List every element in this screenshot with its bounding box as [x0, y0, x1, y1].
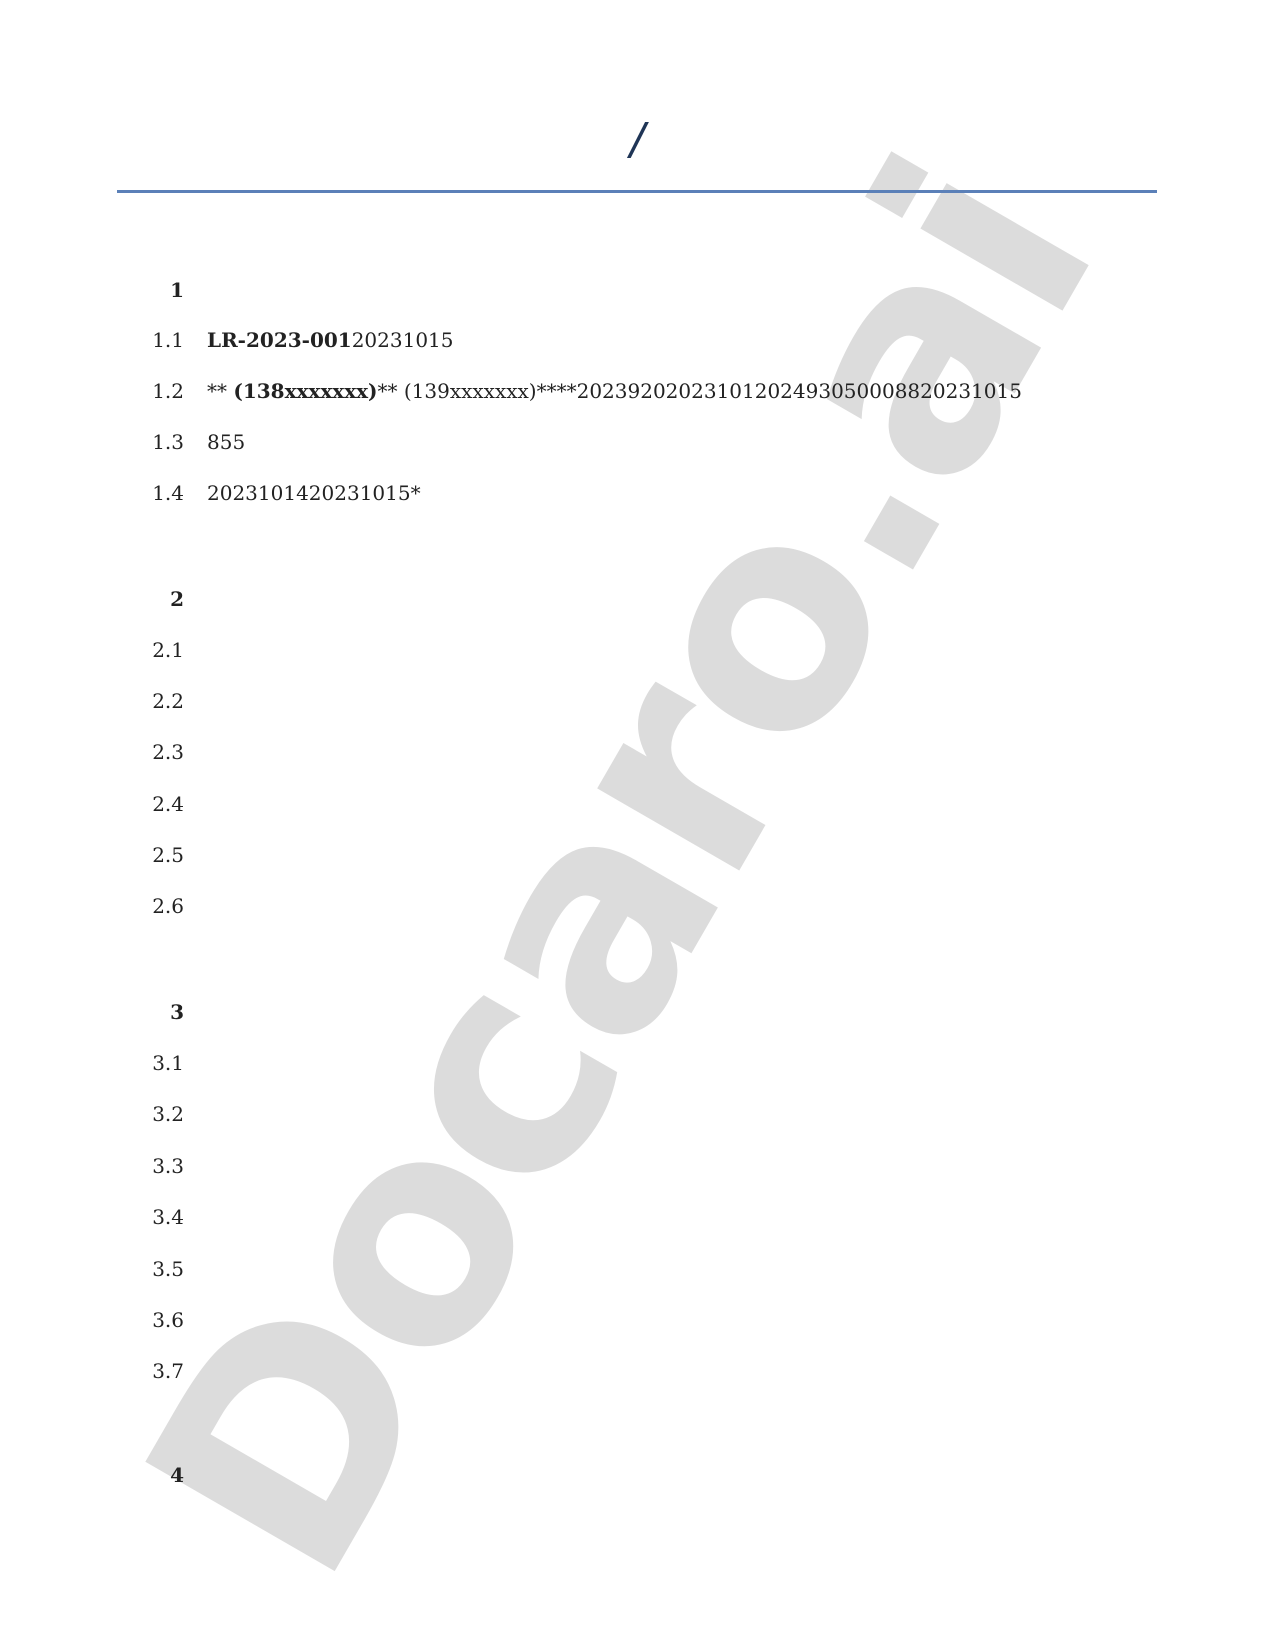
clause-number: 2.3	[130, 737, 184, 767]
clause-number: 3.5	[130, 1254, 184, 1284]
clause-number: 2.5	[130, 840, 184, 870]
party-phone: (138xxxxxxx)	[233, 379, 377, 403]
clause-number: 2.4	[130, 789, 184, 819]
clause-text: ** (138xxxxxxx)** (139xxxxxxx)****202392…	[207, 376, 1022, 406]
clause-number: 3.2	[130, 1099, 184, 1129]
clause-number: 3.1	[130, 1048, 184, 1078]
clause-number: 3.6	[130, 1305, 184, 1335]
title-divider	[117, 190, 1157, 193]
clause-number: 2.1	[130, 635, 184, 665]
clause-number: 3.3	[130, 1151, 184, 1181]
clause-text: LR-2023-00120231015	[207, 325, 454, 355]
document-page: / 1 1.1 LR-2023-00120231015 1.2 ** (138x…	[0, 0, 1275, 1650]
clause-number: 3.7	[130, 1356, 184, 1386]
clause-number: 1.3	[130, 427, 184, 457]
clause-number: 2.2	[130, 686, 184, 716]
text-fragment: ** (139xxxxxxx)****202392020231012024930…	[378, 379, 1022, 403]
section-number: 4	[130, 1460, 184, 1490]
clause-number: 1.4	[130, 478, 184, 508]
section-number: 1	[130, 275, 184, 305]
clause-number: 3.4	[130, 1202, 184, 1232]
section-number: 3	[130, 997, 184, 1027]
contract-date: 20231015	[352, 328, 454, 352]
clause-number: 2.6	[130, 891, 184, 921]
contract-id: LR-2023-001	[207, 328, 352, 352]
document-title: /	[0, 118, 1275, 162]
clause-text: 855	[207, 427, 245, 457]
text-fragment: **	[207, 379, 233, 403]
clause-text: 2023101420231015*	[207, 478, 421, 508]
clause-number: 1.2	[130, 376, 184, 406]
clause-number: 1.1	[130, 325, 184, 355]
section-number: 2	[130, 584, 184, 614]
